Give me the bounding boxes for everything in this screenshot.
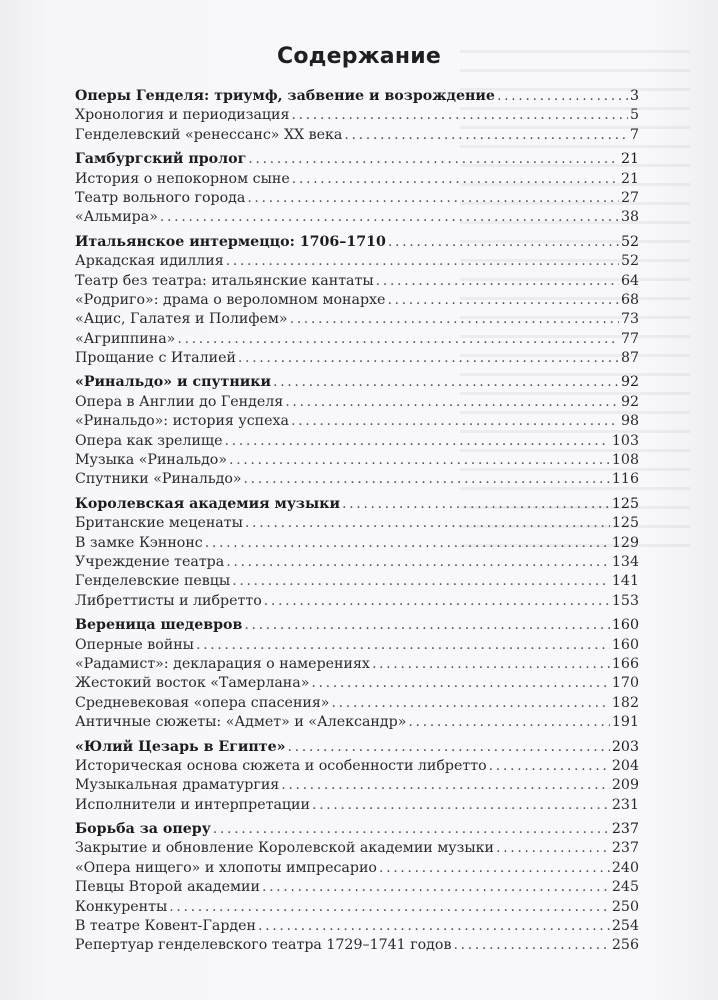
- subsection-title: Исполнители и интерпретации: [75, 796, 310, 815]
- dot-leader: [245, 514, 610, 533]
- toc-subsection-entry[interactable]: «Агриппина»77: [75, 330, 639, 349]
- page-number: 182: [612, 694, 639, 713]
- subsection-title: Спутники «Ринальдо»: [75, 470, 242, 489]
- dot-leader: [497, 87, 628, 106]
- page-number: 204: [612, 757, 639, 776]
- dot-leader: [376, 272, 619, 291]
- toc-subsection-entry[interactable]: «Альмира»38: [75, 208, 639, 227]
- dot-leader: [285, 393, 619, 412]
- toc-subsection-entry[interactable]: Аркадская идиллия52: [75, 252, 639, 271]
- toc-subsection-entry[interactable]: Музыкальная драматургия209: [75, 776, 639, 795]
- toc-subsection-entry[interactable]: Репертуар генделевского театра 1729–1741…: [75, 936, 639, 955]
- page-number: 21: [621, 170, 639, 189]
- subsection-title: Хронология и периодизация: [75, 106, 289, 125]
- dot-leader: [244, 470, 610, 489]
- page-number: 256: [612, 936, 639, 955]
- dot-leader: [205, 534, 610, 553]
- toc-chapter-entry[interactable]: Борьба за оперу237: [75, 820, 639, 839]
- toc-subsection-entry[interactable]: Британские меценаты125: [75, 514, 639, 533]
- page-number: 166: [612, 655, 639, 674]
- page-number: 98: [621, 412, 639, 431]
- page-number: 77: [621, 330, 639, 349]
- page-number: 103: [612, 432, 639, 451]
- dot-leader: [273, 373, 619, 392]
- page-number: 38: [621, 208, 639, 227]
- toc-subsection-entry[interactable]: Театр без театра: итальянские кантаты64: [75, 272, 639, 291]
- dot-leader: [388, 233, 619, 252]
- dot-leader: [177, 330, 619, 349]
- toc-subsection-entry[interactable]: Прощание с Италией87: [75, 349, 639, 368]
- page-number: 116: [612, 470, 639, 489]
- toc-chapter-entry[interactable]: Вереница шедевров160: [75, 616, 639, 635]
- subsection-title: Театр вольного города: [75, 189, 245, 208]
- toc-subsection-entry[interactable]: Историческая основа сюжета и особенности…: [75, 757, 639, 776]
- subsection-title: Музыка «Ринальдо»: [75, 451, 227, 470]
- page-number: 68: [621, 291, 639, 310]
- toc-subsection-entry[interactable]: Жестокий восток «Тамерлана»170: [75, 674, 639, 693]
- toc-subsection-entry[interactable]: Учреждение театра134: [75, 553, 639, 572]
- dot-leader: [226, 252, 619, 271]
- subsection-title: Репертуар генделевского театра 1729–1741…: [75, 936, 451, 955]
- subsection-title: Прощание с Италией: [75, 349, 236, 368]
- toc-section: «Юлий Цезарь в Египте»203Историческая ос…: [75, 738, 639, 816]
- toc-subsection-entry[interactable]: В замке Кэннонс129: [75, 534, 639, 553]
- page-number: 153: [612, 592, 639, 611]
- toc-subsection-entry[interactable]: Генделевский «ренессанс» XX века7: [75, 126, 639, 145]
- dot-leader: [453, 936, 609, 955]
- subsection-title: Античные сюжеты: «Адмет» и «Александр»: [75, 713, 406, 732]
- page-number: 141: [612, 572, 639, 591]
- dot-leader: [160, 208, 619, 227]
- toc-subsection-entry[interactable]: Закрытие и обновление Королевской академ…: [75, 839, 639, 858]
- subsection-title: История о непокорном сыне: [75, 170, 290, 189]
- page-number: 209: [612, 776, 639, 795]
- page-number: 5: [630, 106, 639, 125]
- toc-subsection-entry[interactable]: «Родриго»: драма о вероломном монархе68: [75, 291, 639, 310]
- book-page: Содержание Оперы Генделя: триумф, забвен…: [0, 0, 718, 1000]
- dot-leader: [312, 796, 610, 815]
- toc-subsection-entry[interactable]: Опера в Англии до Генделя92: [75, 393, 639, 412]
- subsection-title: Опера в Англии до Генделя: [75, 393, 283, 412]
- page-number: 125: [612, 514, 639, 533]
- dot-leader: [262, 878, 610, 897]
- toc-subsection-entry[interactable]: Либреттисты и либретто153: [75, 592, 639, 611]
- page-number: 92: [621, 393, 639, 412]
- dot-leader: [496, 839, 610, 858]
- subsection-title: «Агриппина»: [75, 330, 175, 349]
- dot-leader: [281, 776, 610, 795]
- page-number: 160: [612, 616, 639, 635]
- dot-leader: [225, 432, 610, 451]
- page-number: 231: [612, 796, 639, 815]
- subsection-title: «Родриго»: драма о вероломном монархе: [75, 291, 385, 310]
- toc-section: Королевская академия музыки125Британские…: [75, 495, 639, 611]
- dot-leader: [244, 616, 610, 635]
- dot-leader: [342, 495, 610, 514]
- toc-subsection-entry[interactable]: Театр вольного города27: [75, 189, 639, 208]
- chapter-title: «Ринальдо» и спутники: [75, 373, 271, 392]
- dot-leader: [232, 572, 610, 591]
- subsection-title: Историческая основа сюжета и особенности…: [75, 757, 487, 776]
- subsection-title: Опера как зрелище: [75, 432, 223, 451]
- page-number: 203: [612, 738, 639, 757]
- toc-subsection-entry[interactable]: Оперные войны160: [75, 636, 639, 655]
- toc-subsection-entry[interactable]: Музыка «Ринальдо»108: [75, 451, 639, 470]
- dot-leader: [292, 170, 619, 189]
- page-number: 245: [612, 878, 639, 897]
- toc-subsection-entry[interactable]: История о непокорном сыне21: [75, 170, 639, 189]
- subsection-title: «Ацис, Галатея и Полифем»: [75, 310, 288, 329]
- toc-chapter-entry[interactable]: Оперы Генделя: триумф, забвение и возрож…: [75, 87, 639, 106]
- toc-subsection-entry[interactable]: «Радамист»: декларация о намерениях166: [75, 655, 639, 674]
- toc-subsection-entry[interactable]: Исполнители и интерпретации231: [75, 796, 639, 815]
- toc-subsection-entry[interactable]: Хронология и периодизация5: [75, 106, 639, 125]
- dot-leader: [291, 412, 619, 431]
- table-of-contents: Оперы Генделя: триумф, забвение и возрож…: [75, 87, 639, 961]
- page-number: 64: [621, 272, 639, 291]
- toc-subsection-entry[interactable]: Средневековая «опера спасения»182: [75, 694, 639, 713]
- subsection-title: Генделевский «ренессанс» XX века: [75, 126, 342, 145]
- chapter-title: Королевская академия музыки: [75, 495, 340, 514]
- subsection-title: Либреттисты и либретто: [75, 592, 262, 611]
- subsection-title: Конкуренты: [75, 898, 167, 917]
- dot-leader: [332, 694, 610, 713]
- page-number: 52: [621, 233, 639, 252]
- toc-chapter-entry[interactable]: Гамбургский пролог21: [75, 150, 639, 169]
- subsection-title: Оперные войны: [75, 636, 194, 655]
- subsection-title: Средневековая «опера спасения»: [75, 694, 330, 713]
- toc-subsection-entry[interactable]: В театре Ковент-Гарден254: [75, 917, 639, 936]
- toc-chapter-entry[interactable]: «Ринальдо» и спутники92: [75, 373, 639, 392]
- toc-section: Гамбургский пролог21История о непокорном…: [75, 150, 639, 228]
- toc-subsection-entry[interactable]: Генделевские певцы141: [75, 572, 639, 591]
- subsection-title: «Альмира»: [75, 208, 158, 227]
- subsection-title: Музыкальная драматургия: [75, 776, 279, 795]
- toc-subsection-entry[interactable]: «Ацис, Галатея и Полифем»73: [75, 310, 639, 329]
- dot-leader: [379, 859, 610, 878]
- page-number: 191: [612, 713, 639, 732]
- page-number: 237: [612, 820, 639, 839]
- chapter-title: Итальянское интермеццо: 1706–1710: [75, 233, 386, 252]
- subsection-title: «Опера нищего» и хлопоты импресарио: [75, 859, 377, 878]
- page-number: 73: [621, 310, 639, 329]
- toc-subsection-entry[interactable]: Спутники «Ринальдо»116: [75, 470, 639, 489]
- dot-leader: [291, 106, 628, 125]
- subsection-title: В театре Ковент-Гарден: [75, 917, 256, 936]
- toc-subsection-entry[interactable]: Опера как зрелище103: [75, 432, 639, 451]
- subsection-title: «Радамист»: декларация о намерениях: [75, 655, 370, 674]
- toc-section: Борьба за оперу237Закрытие и обновление …: [75, 820, 639, 956]
- page-number: 52: [621, 252, 639, 271]
- subsection-title: Певцы Второй академии: [75, 878, 260, 897]
- page-number: 134: [612, 553, 639, 572]
- page-number: 87: [621, 349, 639, 368]
- toc-subsection-entry[interactable]: Античные сюжеты: «Адмет» и «Александр»19…: [75, 713, 639, 732]
- chapter-title: Борьба за оперу: [75, 820, 211, 839]
- toc-subsection-entry[interactable]: «Ринальдо»: история успеха98: [75, 412, 639, 431]
- page-title: Содержание: [0, 44, 718, 69]
- subsection-title: Британские меценаты: [75, 514, 243, 533]
- toc-section: «Ринальдо» и спутники92Опера в Англии до…: [75, 373, 639, 489]
- subsection-title: Учреждение театра: [75, 553, 224, 572]
- dot-leader: [226, 553, 610, 572]
- dot-leader: [229, 451, 610, 470]
- dot-leader: [290, 310, 619, 329]
- subsection-title: «Ринальдо»: история успеха: [75, 412, 289, 431]
- dot-leader: [238, 349, 619, 368]
- toc-section: Оперы Генделя: триумф, забвение и возрож…: [75, 87, 639, 145]
- page-number: 250: [612, 898, 639, 917]
- toc-subsection-entry[interactable]: Конкуренты250: [75, 898, 639, 917]
- dot-leader: [387, 291, 619, 310]
- page-number: 129: [612, 534, 639, 553]
- subsection-title: В замке Кэннонс: [75, 534, 203, 553]
- toc-subsection-entry[interactable]: «Опера нищего» и хлопоты импресарио240: [75, 859, 639, 878]
- dot-leader: [311, 674, 610, 693]
- dot-leader: [258, 917, 610, 936]
- toc-chapter-entry[interactable]: «Юлий Цезарь в Египте»203: [75, 738, 639, 757]
- page-number: 237: [612, 839, 639, 858]
- chapter-title: Вереница шедевров: [75, 616, 242, 635]
- page-number: 108: [612, 451, 639, 470]
- subsection-title: Генделевские певцы: [75, 572, 230, 591]
- dot-leader: [408, 713, 610, 732]
- page-number: 92: [621, 373, 639, 392]
- page-number: 240: [612, 859, 639, 878]
- dot-leader: [489, 757, 610, 776]
- page-number: 125: [612, 495, 639, 514]
- page-number: 7: [630, 126, 639, 145]
- page-number: 160: [612, 636, 639, 655]
- toc-chapter-entry[interactable]: Итальянское интермеццо: 1706–171052: [75, 233, 639, 252]
- dot-leader: [247, 189, 619, 208]
- dot-leader: [344, 126, 628, 145]
- chapter-title: Гамбургский пролог: [75, 150, 246, 169]
- dot-leader: [213, 820, 610, 839]
- subsection-title: Жестокий восток «Тамерлана»: [75, 674, 309, 693]
- subsection-title: Аркадская идиллия: [75, 252, 224, 271]
- toc-section: Вереница шедевров160Оперные войны160«Рад…: [75, 616, 639, 732]
- dot-leader: [288, 738, 610, 757]
- dot-leader: [169, 898, 610, 917]
- page-number: 254: [612, 917, 639, 936]
- toc-section: Итальянское интермеццо: 1706–171052Аркад…: [75, 233, 639, 369]
- dot-leader: [264, 592, 610, 611]
- toc-chapter-entry[interactable]: Королевская академия музыки125: [75, 495, 639, 514]
- chapter-title: Оперы Генделя: триумф, забвение и возрож…: [75, 87, 495, 106]
- subsection-title: Закрытие и обновление Королевской академ…: [75, 839, 494, 858]
- dot-leader: [248, 150, 619, 169]
- dot-leader: [196, 636, 610, 655]
- page-number: 170: [612, 674, 639, 693]
- page-number: 21: [621, 150, 639, 169]
- toc-subsection-entry[interactable]: Певцы Второй академии245: [75, 878, 639, 897]
- chapter-title: «Юлий Цезарь в Египте»: [75, 738, 286, 757]
- subsection-title: Театр без театра: итальянские кантаты: [75, 272, 374, 291]
- page-number: 3: [630, 87, 639, 106]
- dot-leader: [372, 655, 610, 674]
- page-number: 27: [621, 189, 639, 208]
